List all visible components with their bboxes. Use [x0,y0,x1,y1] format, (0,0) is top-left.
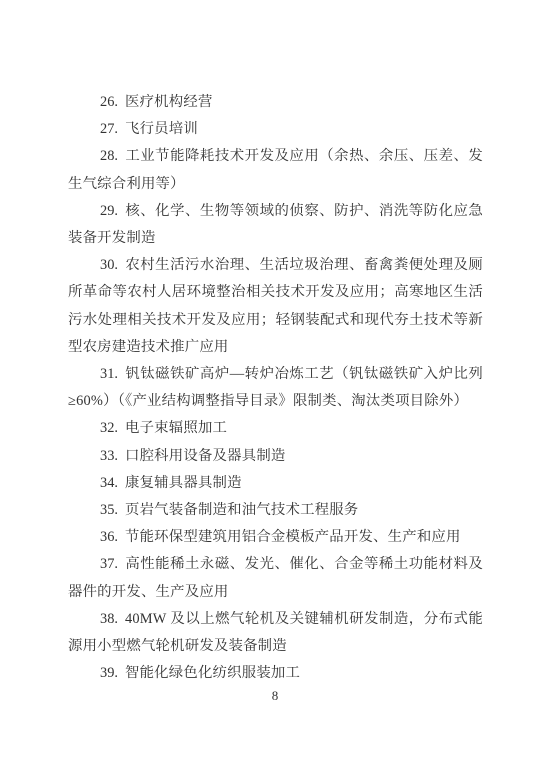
item-number: 32. [100,420,118,436]
item-text: 电子束辐照加工 [125,420,227,436]
list-item: 32.电子束辐照加工 [68,415,483,442]
item-text: 康复辅具器具制造 [125,475,242,491]
item-text: 页岩气装备制造和油气技术工程服务 [125,502,358,518]
item-text: 农村生活污水治理、生活垃圾治理、畜禽粪便处理及厕所革命等农村人居环境整治相关技术… [68,257,483,355]
list-item: 26.医疗机构经营 [68,89,483,116]
page-number: 8 [0,688,550,704]
numbered-list: 26.医疗机构经营27.飞行员培训28.工业节能降耗技术开发及应用（余热、余压、… [68,89,483,687]
item-text: 40MW 及以上燃气轮机及关键辅机研发制造，分布式能源用小型燃气轮机研发及装备制… [68,611,483,654]
item-number: 38. [100,611,118,627]
item-number: 33. [100,448,118,464]
item-text: 钒钛磁铁矿高炉—转炉冶炼工艺（钒钛磁铁矿入炉比列≥60%）（《产业结构调整指导目… [68,366,483,409]
list-item: 34.康复辅具器具制造 [68,470,483,497]
item-text: 工业节能降耗技术开发及应用（余热、余压、压差、发生气综合利用等） [68,148,483,191]
item-text: 智能化绿色化纺织服装加工 [125,665,300,681]
item-number: 31. [100,366,118,382]
item-text: 口腔科用设备及器具制造 [125,448,286,464]
list-item: 27.飞行员培训 [68,116,483,143]
item-number: 39. [100,665,118,681]
item-text: 飞行员培训 [125,121,198,137]
item-number: 37. [100,556,118,572]
item-number: 35. [100,502,118,518]
list-item: 29.核、化学、生物等领域的侦察、防护、消洗等防化应急装备开发制造 [68,198,483,252]
item-text: 核、化学、生物等领域的侦察、防护、消洗等防化应急装备开发制造 [68,203,483,246]
item-number: 36. [100,529,118,545]
item-number: 34. [100,475,118,491]
list-item: 37.高性能稀土永磁、发光、催化、合金等稀土功能材料及器件的开发、生产及应用 [68,551,483,605]
list-item: 28.工业节能降耗技术开发及应用（余热、余压、压差、发生气综合利用等） [68,143,483,197]
list-item: 39.智能化绿色化纺织服装加工 [68,660,483,687]
list-item: 35.页岩气装备制造和油气技术工程服务 [68,497,483,524]
item-number: 27. [100,121,118,137]
list-item: 36.节能环保型建筑用铝合金模板产品开发、生产和应用 [68,524,483,551]
list-item: 30.农村生活污水治理、生活垃圾治理、畜禽粪便处理及厕所革命等农村人居环境整治相… [68,252,483,361]
item-number: 26. [100,94,118,110]
document-page: 26.医疗机构经营27.飞行员培训28.工业节能降耗技术开发及应用（余热、余压、… [0,0,550,777]
list-item: 31.钒钛磁铁矿高炉—转炉冶炼工艺（钒钛磁铁矿入炉比列≥60%）（《产业结构调整… [68,361,483,415]
item-text: 节能环保型建筑用铝合金模板产品开发、生产和应用 [125,529,461,545]
item-text: 医疗机构经营 [125,94,213,110]
list-item: 38.40MW 及以上燃气轮机及关键辅机研发制造，分布式能源用小型燃气轮机研发及… [68,606,483,660]
item-text: 高性能稀土永磁、发光、催化、合金等稀土功能材料及器件的开发、生产及应用 [68,556,483,599]
item-number: 30. [100,257,118,273]
item-number: 29. [100,203,118,219]
item-number: 28. [100,148,118,164]
list-item: 33.口腔科用设备及器具制造 [68,443,483,470]
